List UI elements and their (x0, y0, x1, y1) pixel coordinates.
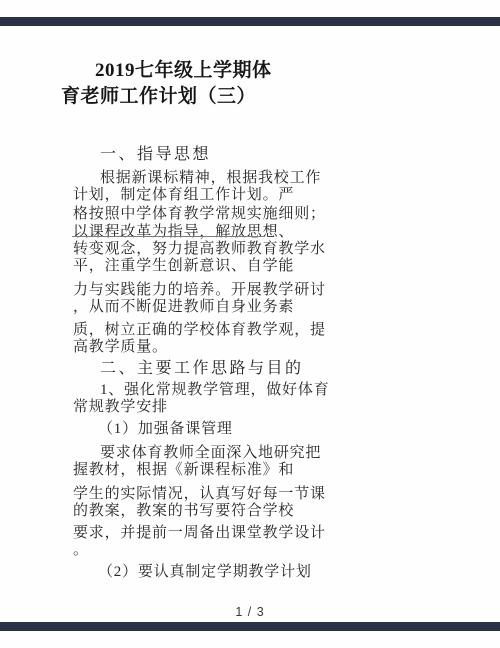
subsection-heading-2: （2）要认真制定学期教学计划 (98, 564, 312, 581)
section-heading-1: 一、指导思想 (100, 146, 211, 164)
text-line: 计划，制定体育组工作计划。严 (73, 187, 294, 204)
page-separator-top (0, 17, 500, 26)
page-separator-bottom (0, 622, 500, 631)
text-line: 握教材，根据《新课程标准》和 (73, 462, 294, 479)
text-line: 根据新课标精神，根据我校工作 (100, 170, 321, 187)
text-line: 力与实践能力的培养。开展教学研讨 (73, 282, 326, 299)
document-page: 2019七年级上学期体 育老师工作计划（三） 一、指导思想 根据新课标精神，根据… (0, 0, 500, 648)
section-heading-2: 二、主要工作思路与目的 (100, 360, 304, 378)
text-line: 。 (73, 542, 89, 559)
text-line: 的教案，教案的书写要符合学校 (73, 503, 294, 520)
text-line: 质，树立正确的学校体育教学观，提 (73, 322, 326, 339)
page-number-indicator: 1 / 3 (0, 605, 500, 619)
section-divider-rule (72, 236, 265, 237)
text-line: 格按照中学体育教学常规实施细则； (73, 206, 326, 223)
text-line: 以课程改革为指导，解放思想、 (73, 224, 294, 241)
text-line: 转变观念，努力提高教师教育教学水 (73, 241, 326, 258)
text-line: 要求体育教师全面深入地研究把 (100, 445, 321, 462)
text-line: 平，注重学生创新意识、自学能 (73, 258, 294, 275)
text-line: 高教学质量。 (73, 339, 168, 356)
text-line: 学生的实际情况，认真写好每一节课 (73, 486, 326, 503)
subsection-heading-1: （1）加强备课管理 (98, 421, 233, 438)
text-line: ，从而不断促进教师自身业务素 (73, 299, 294, 316)
text-line: 常规教学安排 (73, 399, 168, 416)
text-line: 1、强化常规教学管理，做好体育 (100, 382, 330, 399)
document-title-line-1: 2019七年级上学期体 (95, 60, 272, 83)
text-line: 要求，并提前一周备出课堂教学设计 (73, 525, 326, 542)
document-title-line-2: 育老师工作计划（三） (61, 86, 256, 109)
